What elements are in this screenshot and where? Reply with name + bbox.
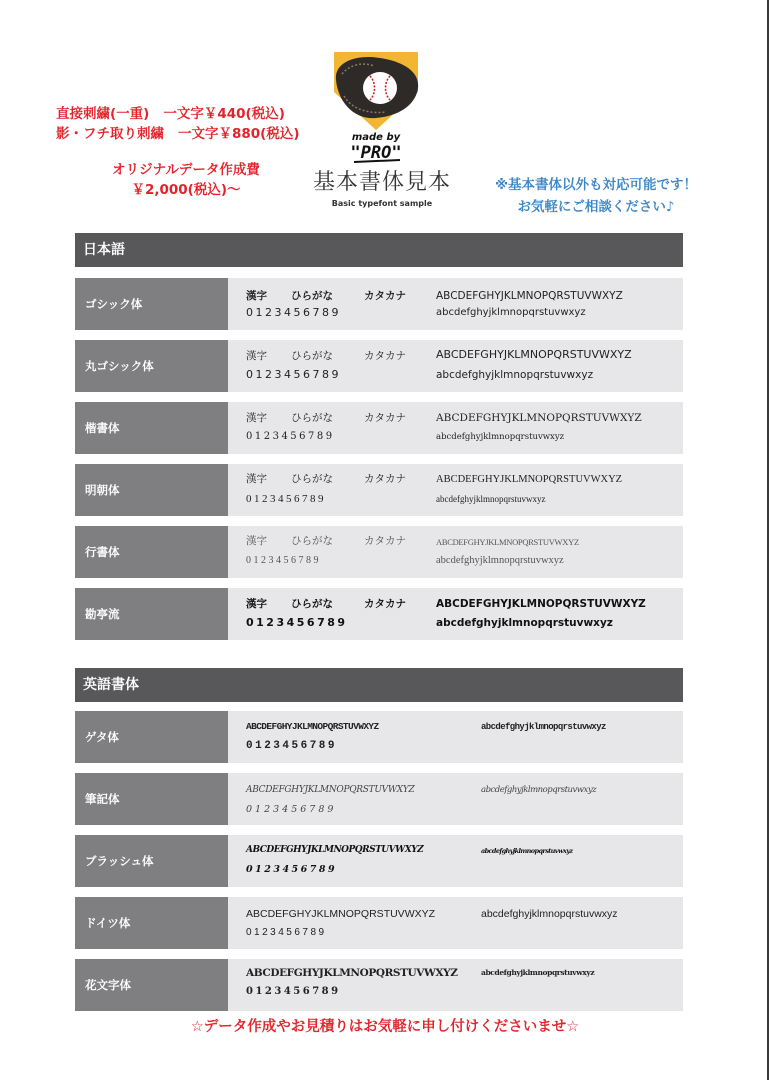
font-row-gothic: ゴシック体 漢字 ひらがな カタカナ ABCDEFGHYJKLMNOPQRSTU… [75,278,683,330]
font-sample: 漢字 ひらがな カタカナ ABCDEFGHYJKLMNOPQRSTUVWXYZ … [228,464,683,516]
sample-uppercase: ABCDEFGHYJKLMNOPQRSTUVWXYZ [246,843,423,857]
pricing-block: 直接刺繍(一重)一文字￥440(税込) 影・フチ取り刺繍一文字￥880(税込) [56,104,336,144]
font-sample: 漢字 ひらがな カタカナ ABCDEFGHYJKLMNOPQRSTUVWXYZ … [228,278,683,330]
sample-uppercase: ABCDEFGHYJKLMNOPQRSTUVWXYZ [436,597,646,611]
sample-kanji: 漢字 [246,411,267,425]
price-value: 一文字￥440(税込) [163,106,285,122]
sample-digits: 0123456789 [246,430,335,444]
page-edge-divider [767,0,769,1080]
font-sample: ABCDEFGHYJKLMNOPQRSTUVWXYZ abcdefghyjklm… [228,835,683,887]
sample-katakana: カタカナ [364,289,406,303]
made-by-pro-logo: made by "PRO" [330,52,422,164]
sample-uppercase: ABCDEFGHYJKLMNOPQRSTUVWXYZ [246,907,435,921]
sample-digits: 0123456789 [246,803,336,817]
sample-katakana: カタカナ [364,411,406,425]
font-sample: 漢字 ひらがな カタカナ ABCDEFGHYJKLMNOPQRSTUVWXYZ … [228,340,683,392]
sample-lowercase: abcdefghyjklmnopqrstuvwxyz [481,844,573,858]
font-sample: ABCDEFGHYJKLMNOPQRSTUVWXYZ abcdefghyjklm… [228,773,683,825]
sample-lowercase: abcdefghyjklmnopqrstuvwxyz [436,306,586,320]
font-row-brush: ブラッシュ体 ABCDEFGHYJKLMNOPQRSTUVWXYZ abcdef… [75,835,683,887]
sample-kanji: 漢字 [246,349,267,363]
sample-lowercase: abcdefghyjklmnopqrstuvwxyz [436,430,564,444]
original-data-price: ￥2,000(税込)～ [56,180,316,200]
sample-lowercase: abcdefghyjklmnopqrstuvwxyz [436,368,593,382]
font-name: 丸ゴシック体 [75,340,228,392]
section-header-english: 英語書体 [75,668,683,702]
sample-kanji: 漢字 [246,289,267,303]
font-sample: ABCDEFGHYJKLMNOPQRSTUVWXYZ abcdefghyjklm… [228,711,683,763]
sample-katakana: カタカナ [364,535,406,549]
sample-lowercase: abcdefghyjklmnopqrstuvwxyz [481,966,594,980]
svg-text:made by: made by [352,132,401,143]
font-sample: ABCDEFGHYJKLMNOPQRSTUVWXYZ abcdefghyjklm… [228,897,683,949]
price-label: 影・フチ取り刺繍 [56,126,164,142]
sample-digits: 0123456789 [246,985,341,999]
sample-uppercase: ABCDEFGHYJKLMNOPQRSTUVWXYZ [436,411,642,425]
sample-lowercase: abcdefghyjklmnopqrstuvwxyz [436,554,564,568]
sample-digits: 0123456789 [246,739,337,753]
sample-hiragana: ひらがな [291,597,333,611]
sample-uppercase: ABCDEFGHYJKLMNOPQRSTUVWXYZ [246,783,414,797]
sample-katakana: カタカナ [364,597,406,611]
sample-hiragana: ひらがな [291,473,333,487]
sample-lowercase: abcdefghyjklmnopqrstuvwxyz [481,907,618,921]
font-name: ゴシック体 [75,278,228,330]
glove-ball-logo-icon: made by "PRO" [330,52,422,164]
font-sample: 漢字 ひらがな カタカナ ABCDEFGHYJKLMNOPQRSTUVWXYZ … [228,526,683,578]
footer-contact-note: ☆データ作成やお見積りはお気軽に申し付けくださいませ☆ [0,1016,770,1038]
font-name: ブラッシュ体 [75,835,228,887]
original-data-fee: オリジナルデータ作成費 ￥2,000(税込)～ [56,160,316,200]
sample-digits: 0123456789 [246,492,326,506]
sample-kanji: 漢字 [246,597,267,611]
sample-lowercase: abcdefghyjklmnopqrstuvwxyz [436,616,613,630]
font-row-hanamoji: 花文字体 ABCDEFGHYJKLMNOPQRSTUVWXYZ abcdefgh… [75,959,683,1011]
price-value: 一文字￥880(税込) [178,126,300,142]
font-name: 楷書体 [75,402,228,454]
page-title: 基本書体見本 Basic typefont sample [302,170,462,210]
font-name: ドイツ体 [75,897,228,949]
sample-hiragana: ひらがな [291,411,333,425]
font-row-kaisho: 楷書体 漢字 ひらがな カタカナ ABCDEFGHYJKLMNOPQRSTUVW… [75,402,683,454]
section-header-japanese: 日本語 [75,233,683,267]
sample-katakana: カタカナ [364,473,406,487]
sample-uppercase: ABCDEFGHYJKLMNOPQRSTUVWXYZ [436,473,622,487]
font-row-mincho: 明朝体 漢字 ひらがな カタカナ ABCDEFGHYJKLMNOPQRSTUVW… [75,464,683,516]
font-row-maru-gothic: 丸ゴシック体 漢字 ひらがな カタカナ ABCDEFGHYJKLMNOPQRST… [75,340,683,392]
sample-lowercase: abcdefghyjklmnopqrstuvwxyz [481,720,606,734]
font-sample: 漢字 ひらがな カタカナ ABCDEFGHYJKLMNOPQRSTUVWXYZ … [228,588,683,640]
font-sample: 漢字 ひらがな カタカナ ABCDEFGHYJKLMNOPQRSTUVWXYZ … [228,402,683,454]
sample-digits: 0123456789 [246,554,321,568]
price-label: 直接刺繍(一重) [56,106,149,122]
sample-lowercase: abcdefghyjklmnopqrstuvwxyz [481,783,596,797]
font-name: 花文字体 [75,959,228,1011]
font-name: 明朝体 [75,464,228,516]
sample-digits: 0123456789 [246,368,341,382]
font-row-gyosho: 行書体 漢字 ひらがな カタカナ ABCDEFGHYJKLMNOPQRSTUVW… [75,526,683,578]
font-name: 行書体 [75,526,228,578]
sample-katakana: カタカナ [364,349,406,363]
original-data-label: オリジナルデータ作成費 [56,160,316,180]
sample-uppercase: ABCDEFGHYJKLMNOPQRSTUVWXYZ [246,720,379,734]
font-name: 筆記体 [75,773,228,825]
sample-digits: 0123456789 [246,306,341,320]
sample-digits: 0123456789 [246,616,348,630]
sample-digits: 0123456789 [246,863,337,877]
font-row-hikki: 筆記体 ABCDEFGHYJKLMNOPQRSTUVWXYZ abcdefghy… [75,773,683,825]
font-row-geta: ゲタ体 ABCDEFGHYJKLMNOPQRSTUVWXYZ abcdefghy… [75,711,683,763]
sample-hiragana: ひらがな [291,289,333,303]
sample-digits: 0123456789 [246,926,327,940]
sample-kanji: 漢字 [246,473,267,487]
font-row-kanteiryu: 勘亭流 漢字 ひらがな カタカナ ABCDEFGHYJKLMNOPQRSTUVW… [75,588,683,640]
other-fonts-note: ※基本書体以外も対応可能です！ お気軽にご相談ください♪ [462,174,730,218]
font-row-doitsu: ドイツ体 ABCDEFGHYJKLMNOPQRSTUVWXYZ abcdefgh… [75,897,683,949]
font-name: ゲタ体 [75,711,228,763]
sample-hiragana: ひらがな [291,535,333,549]
font-sample: ABCDEFGHYJKLMNOPQRSTUVWXYZ abcdefghyjklm… [228,959,683,1011]
title-english: Basic typefont sample [302,198,462,210]
sample-uppercase: ABCDEFGHYJKLMNOPQRSTUVWXYZ [436,289,623,303]
sample-lowercase: abcdefghyjklmnopqrstuvwxyz [436,492,545,506]
sample-uppercase: ABCDEFGHYJKLMNOPQRSTUVWXYZ [436,535,579,549]
sample-uppercase: ABCDEFGHYJKLMNOPQRSTUVWXYZ [246,966,458,980]
note-line-1: ※基本書体以外も対応可能です！ [462,174,730,196]
sample-hiragana: ひらがな [291,349,333,363]
price-line-shadow: 影・フチ取り刺繍一文字￥880(税込) [56,124,336,144]
sample-uppercase: ABCDEFGHYJKLMNOPQRSTUVWXYZ [436,348,632,362]
price-line-direct: 直接刺繍(一重)一文字￥440(税込) [56,104,336,124]
sample-kanji: 漢字 [246,535,267,549]
font-name: 勘亭流 [75,588,228,640]
note-line-2: お気軽にご相談ください♪ [462,196,730,218]
title-japanese: 基本書体見本 [302,170,462,196]
